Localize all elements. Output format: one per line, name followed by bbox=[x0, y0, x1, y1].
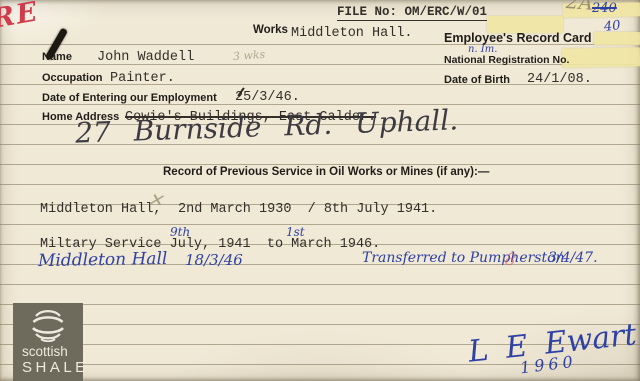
name-value: John Waddell bbox=[97, 50, 194, 65]
logo-text-line2: SHALE bbox=[22, 359, 89, 376]
ink-insert-day-july: 9th bbox=[170, 225, 190, 239]
tape-patch bbox=[594, 32, 640, 45]
date-of-birth-label: Date of Birth bbox=[444, 74, 510, 86]
scottish-shale-logo: scottish SHALE bbox=[13, 303, 83, 381]
handwritten-date: 18/3/46 bbox=[185, 251, 243, 269]
name-label: Name bbox=[42, 51, 72, 63]
globe-icon bbox=[30, 308, 66, 342]
file-number-value: OM/ERC/W/01 bbox=[397, 5, 487, 19]
service-line1-dates: 2nd March 1930 / 8th July 1941. bbox=[178, 202, 437, 217]
works-value: Middleton Hall. bbox=[291, 26, 413, 41]
occupation-value: Painter. bbox=[110, 71, 175, 86]
service-line1-place: Middleton Hall, bbox=[40, 202, 162, 217]
handwritten-transfer-note: Transferred to Pumpherston bbox=[362, 250, 565, 266]
national-registration-label: National Registration No. bbox=[444, 54, 569, 66]
red-initials-mark: RE bbox=[0, 0, 41, 35]
pencil-corner-note: 2A bbox=[565, 0, 594, 15]
tape-patch bbox=[562, 47, 640, 67]
entry-date-value: 25/3/46. bbox=[235, 90, 300, 105]
file-number: FILE No: OM/ERC/W/01 bbox=[337, 5, 487, 21]
entry-date-label: Date of Entering our Employment bbox=[42, 92, 217, 104]
pencil-x-mark: ✕ bbox=[147, 189, 165, 212]
occupation-label: Occupation bbox=[42, 72, 103, 84]
employee-record-card: RE 2A 240 40 FILE No: OM/ERC/W/01 Works … bbox=[0, 0, 640, 381]
card-title: Employee's Record Card bbox=[444, 31, 591, 45]
handwritten-transfer-date: 3/4/47. bbox=[548, 250, 598, 266]
blue-number-struck: 240 bbox=[592, 1, 617, 16]
ink-insert-day-march: 1st bbox=[286, 225, 305, 239]
blue-number-note: 40 bbox=[603, 18, 621, 35]
logo-text-line1: scottish bbox=[22, 344, 68, 359]
pencil-note-after-name: 3 wks bbox=[233, 48, 266, 63]
handwritten-place: Middleton Hall bbox=[38, 249, 168, 271]
previous-service-heading: Record of Previous Service in Oil Works … bbox=[163, 166, 489, 178]
date-of-birth-value: 24/1/08. bbox=[527, 72, 592, 87]
works-label: Works bbox=[253, 24, 288, 36]
file-number-label: FILE No: bbox=[337, 5, 397, 19]
